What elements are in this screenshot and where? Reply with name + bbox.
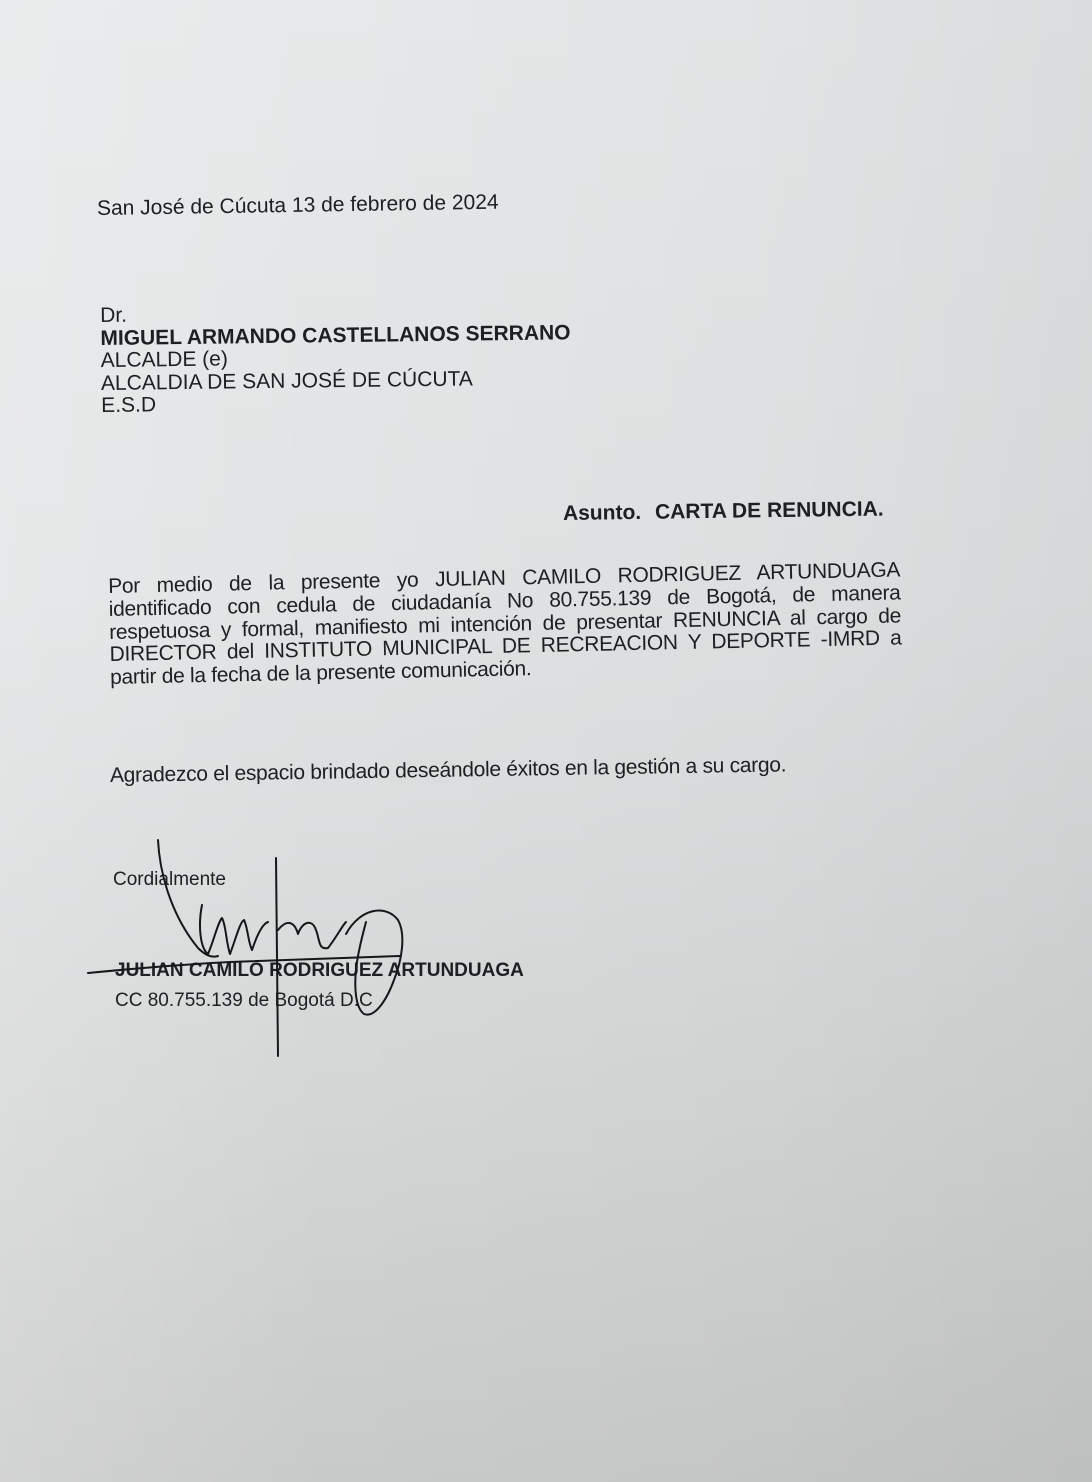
recipient-block: Dr. MIGUEL ARMANDO CASTELLANOS SERRANO A… bbox=[100, 299, 572, 417]
date-line: San José de Cúcuta 13 de febrero de 2024 bbox=[97, 192, 499, 219]
body-paragraph: Por medio de la presente yo JULIAN CAMIL… bbox=[108, 559, 902, 690]
subject-line: Asunto. CARTA DE RENUNCIA. bbox=[563, 499, 884, 524]
subject-label: Asunto. bbox=[563, 501, 641, 525]
thanks-line: Agradezco el espacio brindado deseándole… bbox=[110, 754, 786, 786]
signature-icon bbox=[80, 830, 420, 1070]
subject-value: CARTA DE RENUNCIA. bbox=[655, 498, 884, 524]
paper-background bbox=[0, 0, 1092, 1482]
